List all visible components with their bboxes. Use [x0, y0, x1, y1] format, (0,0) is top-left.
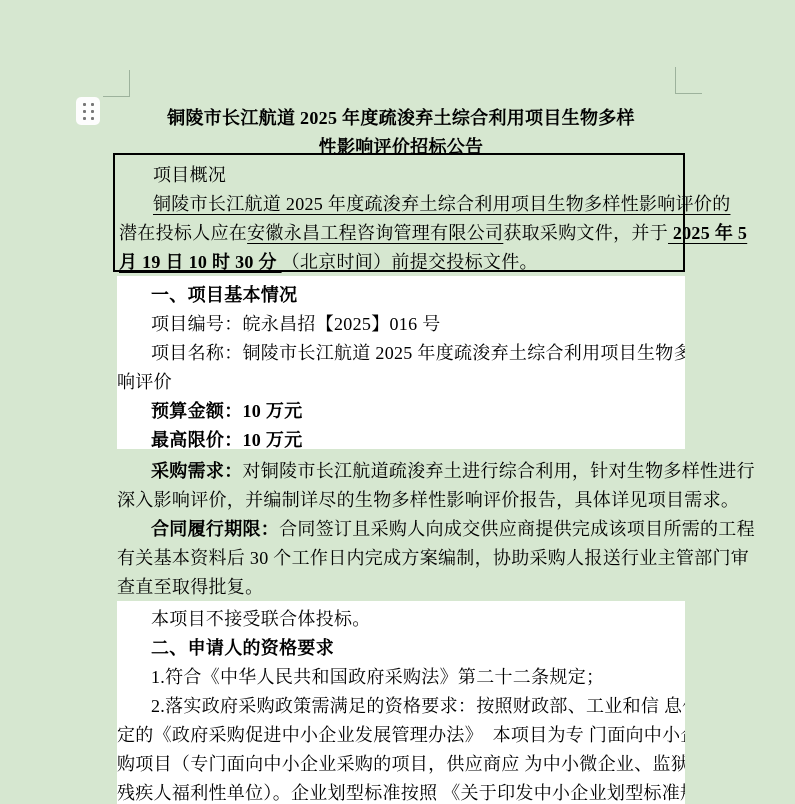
- drag-handle-dot: [91, 110, 94, 113]
- text-run: 项目编号：皖永昌招【2025】016 号: [151, 314, 441, 334]
- text-run: 响评价: [117, 372, 172, 392]
- text-line: 一、项目基本情况: [117, 281, 685, 310]
- drag-handle-dot: [91, 117, 94, 120]
- text-run: 项目名称：铜陵市长江航道 2025 年度疏浚弃土综合利用项目生物多样性影: [151, 343, 685, 363]
- text-run: 一、项目基本情况: [151, 285, 297, 305]
- text-run: 2.落实政府采购政策需满足的资格要求：按照财政部、工业和信 息化部制: [151, 696, 685, 716]
- text-run: 合同签订且采购人向成交供应商提供完成该项目所需的工程: [279, 519, 755, 539]
- document-page: 铜陵市长江航道 2025 年度疏浚弃土综合利用项目生物多样性影响评价招标公告 项…: [0, 0, 795, 804]
- text-run: 残疾人福利性单位）。企业划型标准按照 《关于印发中小企业划型标准规定的通: [117, 783, 685, 803]
- text-line: 深入影响评价，并编制详尽的生物多样性影响评价报告，具体详见项目需求。: [117, 486, 685, 515]
- text-line: 2.落实政府采购政策需满足的资格要求：按照财政部、工业和信 息化部制: [117, 692, 685, 721]
- text-run: 项目概况: [153, 165, 226, 185]
- text-run: 采购需求：: [151, 461, 243, 481]
- section-procurement-demand: 采购需求：对铜陵市长江航道疏浚弃土进行综合利用，针对生物多样性进行深入影响评价，…: [117, 449, 685, 602]
- text-boundary-corner-mark-left: [103, 70, 130, 97]
- text-run: 购项目（专门面向中小企业采购的项目，供应商应 为中小微企业、监狱企业、: [117, 754, 685, 774]
- text-line: 查直至取得批复。: [117, 573, 685, 602]
- drag-handle-dot: [83, 103, 86, 106]
- text-line: 铜陵市长江航道 2025 年度疏浚弃土综合利用项目生物多样性影响评价的: [119, 190, 679, 219]
- section-applicant-qualification: 本项目不接受联合体投标。二、申请人的资格要求1.符合《中华人民共和国政府采购法》…: [117, 601, 685, 804]
- text-run: 对铜陵市长江航道疏浚弃土进行综合利用，针对生物多样性进行: [243, 461, 755, 481]
- text-line: 定的《政府采购促进中小企业发展管理办法》 本项目为专 门面向中小企业采: [117, 721, 685, 750]
- text-run: 铜陵市长江航道 2025 年度疏浚弃土综合利用项目生物多样: [167, 108, 635, 128]
- text-line: 月 19 日 10 时 30 分 （北京时间）前提交投标文件。: [119, 248, 679, 277]
- drag-handle-dot: [91, 103, 94, 106]
- text-run: （北京时间）前提交投标文件。: [282, 252, 538, 272]
- drag-handle-dot: [83, 110, 86, 113]
- text-line: 铜陵市长江航道 2025 年度疏浚弃土综合利用项目生物多样: [117, 104, 685, 133]
- text-run: 二、申请人的资格要求: [151, 638, 334, 658]
- text-line: 有关基本资料后 30 个工作日内完成方案编制，协助采购人报送行业主管部门审: [117, 544, 685, 573]
- text-line: 最高限价：10 万元: [117, 426, 685, 449]
- text-line: 本项目不接受联合体投标。: [117, 605, 685, 634]
- text-run: 1.符合《中华人民共和国政府采购法》第二十二条规定；: [151, 667, 604, 687]
- text-line: 项目名称：铜陵市长江航道 2025 年度疏浚弃土综合利用项目生物多样性影: [117, 339, 685, 368]
- text-line: 购项目（专门面向中小企业采购的项目，供应商应 为中小微企业、监狱企业、: [117, 750, 685, 779]
- text-line: 潜在投标人应在安徽永昌工程咨询管理有限公司获取采购文件，并于 2025 年 5: [119, 219, 679, 248]
- text-run: 有关基本资料后 30 个工作日内完成方案编制，协助采购人报送行业主管部门审: [117, 548, 749, 568]
- text-run: 深入影响评价，并编制详尽的生物多样性影响评价报告，具体详见项目需求。: [117, 490, 739, 510]
- text-line: 二、申请人的资格要求: [117, 634, 685, 663]
- text-run: 铜陵市长江航道 2025 年度疏浚弃土综合利用项目生物多样性影响评价的: [153, 194, 731, 214]
- text-line: 项目概况: [119, 161, 679, 190]
- text-line: 采购需求：对铜陵市长江航道疏浚弃土进行综合利用，针对生物多样性进行: [117, 457, 685, 486]
- text-line: 项目编号：皖永昌招【2025】016 号: [117, 310, 685, 339]
- text-run: 获取采购文件，并于: [503, 223, 668, 243]
- text-line: 1.符合《中华人民共和国政府采购法》第二十二条规定；: [117, 663, 685, 692]
- text-boundary-corner-mark-right: [675, 67, 702, 94]
- text-line: 预算金额：10 万元: [117, 397, 685, 426]
- text-run: 月 19 日 10 时 30 分: [119, 252, 282, 272]
- section-basic-info: 一、项目基本情况项目编号：皖永昌招【2025】016 号项目名称：铜陵市长江航道…: [117, 276, 685, 449]
- project-overview-box: 项目概况铜陵市长江航道 2025 年度疏浚弃土综合利用项目生物多样性影响评价的潜…: [113, 153, 685, 272]
- text-line: 响评价: [117, 368, 685, 397]
- text-run: 本项目不接受联合体投标。: [151, 609, 371, 629]
- text-run: 安徽永昌工程咨询管理有限公司: [247, 223, 503, 243]
- text-run: 合同履行期限：: [151, 519, 279, 539]
- drag-handle-dot: [83, 117, 86, 120]
- text-line: 合同履行期限：合同签订且采购人向成交供应商提供完成该项目所需的工程: [117, 515, 685, 544]
- text-run: 潜在投标人应在: [119, 223, 247, 243]
- text-run: 定的《政府采购促进中小企业发展管理办法》 本项目为专 门面向中小企业采: [117, 725, 685, 745]
- text-line: 残疾人福利性单位）。企业划型标准按照 《关于印发中小企业划型标准规定的通: [117, 779, 685, 804]
- drag-handle-icon[interactable]: [76, 97, 100, 125]
- text-run: 查直至取得批复。: [117, 577, 263, 597]
- text-run: 预算金额：10 万元: [151, 401, 303, 421]
- text-run: 2025 年 5: [668, 223, 747, 243]
- text-run: 最高限价：10 万元: [151, 430, 303, 449]
